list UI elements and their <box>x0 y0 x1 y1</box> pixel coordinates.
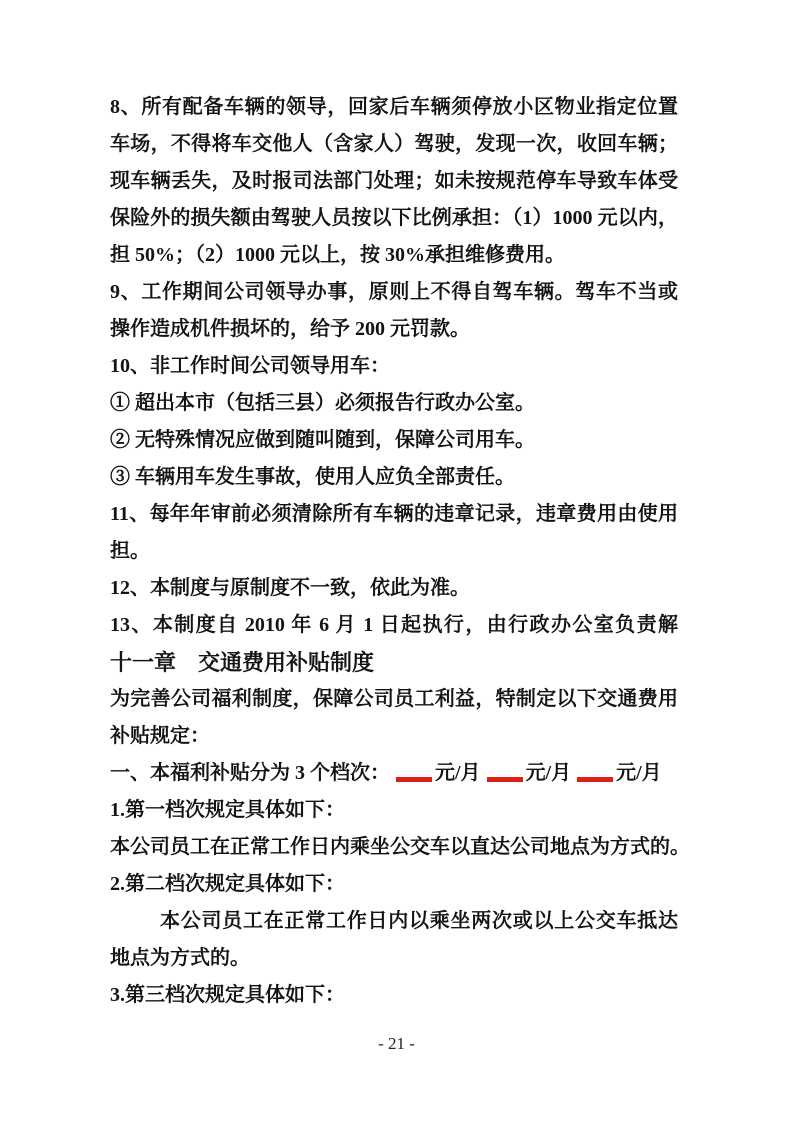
text-segment: 元/月 <box>435 762 481 784</box>
text-line: 担 50%；（2）1000 元以上，按 30%承担维修费用。 <box>110 237 678 274</box>
text-line: 车场，不得将车交他人（含家人）驾驶，发现一次，收回车辆；如出 <box>110 126 678 163</box>
text-line: ① 超出本市（包括三县）必须报告行政办公室。 <box>110 385 678 422</box>
text-line: 地点为方式的。 <box>110 940 678 977</box>
blank-underline <box>396 777 432 782</box>
text-line: 一、本福利补贴分为 3 个档次：元/月元/月元/月 <box>110 755 678 792</box>
text-line: 13、本制度自 2010 年 6 月 1 日起执行，由行政办公室负责解释。第 <box>110 607 678 644</box>
text-line: 本公司员工在正常工作日内乘坐公交车以直达公司地点为方式的。 <box>110 829 678 866</box>
text-line: 为完善公司福利制度，保障公司员工利益，特制定以下交通费用福利 <box>110 681 678 718</box>
page-number: - 21 - <box>0 1034 793 1054</box>
text-line: 本公司员工在正常工作日内以乘坐两次或以上公交车抵达公司 <box>110 903 678 940</box>
text-line: 3.第三档次规定具体如下： <box>110 977 678 1014</box>
text-line: 保险外的损失额由驾驶人员按以下比例承担：（1）1000 元以内，承 <box>110 200 678 237</box>
text-line: ② 无特殊情况应做到随叫随到，保障公司用车。 <box>110 422 678 459</box>
text-segment: 元/月 <box>526 762 572 784</box>
text-segment: 元/月 <box>616 762 662 784</box>
text-line: 补贴规定： <box>110 718 678 755</box>
text-line: 12、本制度与原制度不一致，依此为准。 <box>110 570 678 607</box>
text-line: 11、每年年审前必须清除所有车辆的违章记录，违章费用由使用人承 <box>110 496 678 533</box>
document-body: 8、所有配备车辆的领导，回家后车辆须停放小区物业指定位置或停车场，不得将车交他人… <box>110 89 678 1014</box>
text-line: 2.第二档次规定具体如下： <box>110 866 678 903</box>
text-line: 1.第一档次规定具体如下： <box>110 792 678 829</box>
blank-underline <box>577 777 613 782</box>
text-line: 担。 <box>110 533 678 570</box>
text-line: 现车辆丢失，及时报司法部门处理；如未按规范停车导致车体受损， <box>110 163 678 200</box>
blank-underline <box>487 777 523 782</box>
text-line: 10、非工作时间公司领导用车： <box>110 348 678 385</box>
text-line: 8、所有配备车辆的领导，回家后车辆须停放小区物业指定位置或停 <box>110 89 678 126</box>
text-line: ③ 车辆用车发生事故，使用人应负全部责任。 <box>110 459 678 496</box>
text-line: 操作造成机件损坏的，给予 200 元罚款。 <box>110 311 678 348</box>
text-line: 9、工作期间公司领导办事，原则上不得自驾车辆。驾车不当或野蛮 <box>110 274 678 311</box>
chapter-heading: 十一章 交通费用补贴制度 <box>110 644 678 681</box>
text-segment: 一、本福利补贴分为 3 个档次： <box>110 762 390 784</box>
